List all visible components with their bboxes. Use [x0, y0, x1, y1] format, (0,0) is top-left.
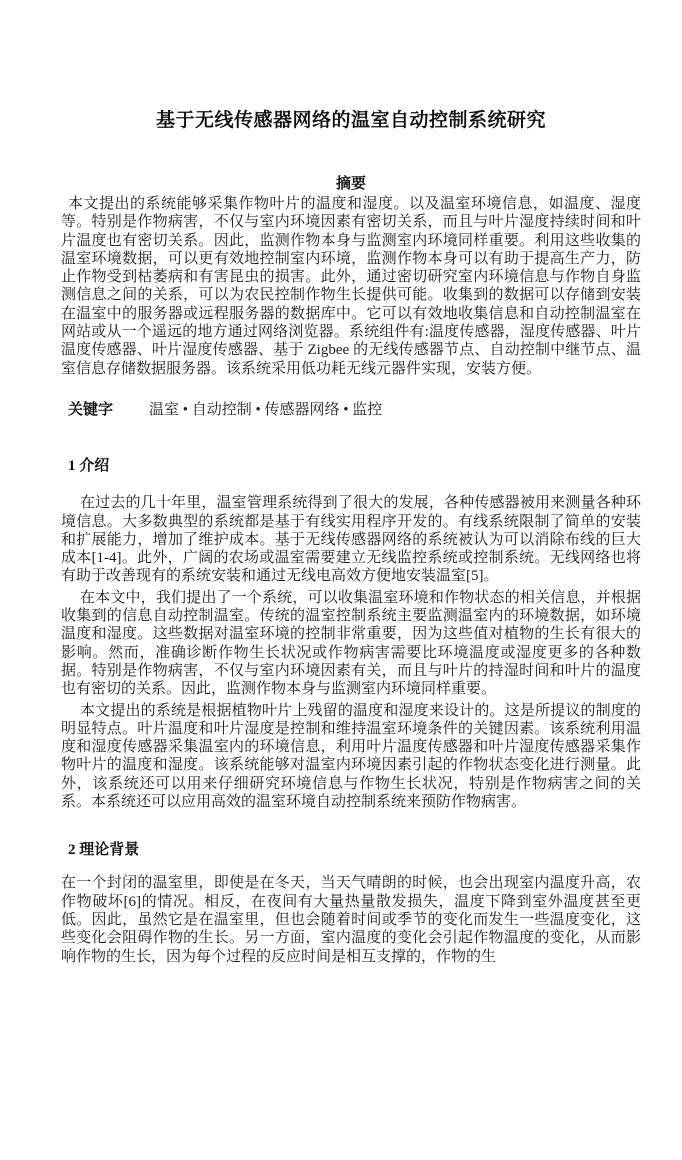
abstract-text: 本文提出的系统能够采集作物叶片的温度和湿度。以及温室环境信息，如温度、湿度等。特…	[61, 195, 641, 378]
paper-title: 基于无线传感器网络的温室自动控制系统研究	[61, 108, 641, 134]
abstract-heading: 摘要	[61, 175, 641, 193]
introduction-paragraph-2: 在本文中，我们提出了一个系统，可以收集温室环境和作物状态的相关信息，并根据收集到…	[61, 589, 641, 699]
paper-page: 基于无线传感器网络的温室自动控制系统研究 摘要 本文提出的系统能够采集作物叶片的…	[0, 0, 682, 1160]
section-heading-introduction: 1 介绍	[68, 457, 641, 475]
theory-background-paragraph-1: 在一个封闭的温室里，即使是在冬天，当天气晴朗的时候，也会出现室内温度升高，农作物…	[61, 874, 641, 965]
introduction-paragraph-3: 本文提出的系统是根据植物叶片上残留的温度和湿度来设计的。这是所提议的制度的明显特…	[61, 702, 641, 812]
keywords-list: 温室 • 自动控制 • 传感器网络 • 监控	[149, 401, 382, 419]
keywords-label: 关键字	[68, 401, 113, 419]
section-heading-theory-background: 2 理论背景	[68, 841, 641, 859]
keywords-row: 关键字 温室 • 自动控制 • 传感器网络 • 监控	[61, 401, 641, 419]
introduction-paragraph-1: 在过去的几十年里，温室管理系统得到了很大的发展，各种传感器被用来测量各种环境信息…	[61, 494, 641, 585]
